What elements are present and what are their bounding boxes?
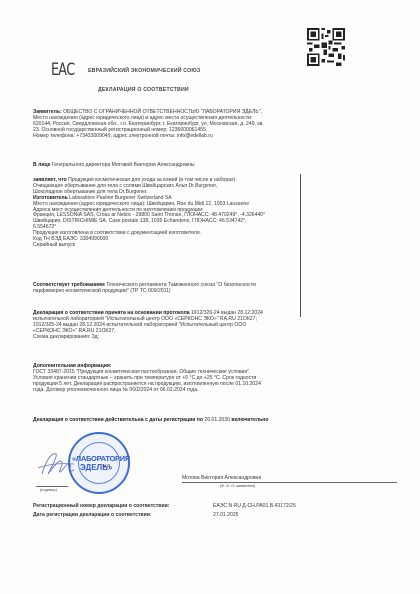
stamp-icon: «ЛАБОРАТОРИЯ ЭДЕЛЬ» bbox=[68, 432, 130, 494]
declares-line: Швейцария, DISTRICHIMIE SA, Case postale… bbox=[33, 219, 265, 225]
registration-number: ЕАЭС N RU Д-CH.PA01.B.43172/25 bbox=[213, 503, 296, 509]
fio-line bbox=[182, 482, 397, 483]
qr-code-icon bbox=[307, 28, 345, 66]
validity-label: Декларация о соответствии действительна … bbox=[33, 417, 203, 423]
basis-section: Декларация о соответствии принята на осн… bbox=[33, 311, 263, 341]
manufacturer-name: Laboratoire Pauline Burgener Switzerland… bbox=[69, 195, 172, 201]
applicant-section: Заявитель: ОБЩЕСТВО С ОГРАНИЧЕННОЙ ОТВЕТ… bbox=[33, 110, 264, 140]
validity-suffix: включительно bbox=[231, 417, 268, 423]
signature-line bbox=[36, 486, 68, 487]
union-name: ЕВРАЗИЙСКИЙ ЭКОНОМИЧЕСКИЙ СОЮЗ bbox=[88, 68, 200, 74]
declares-section: заявляет, что Продукция косметическая дл… bbox=[33, 178, 265, 249]
declares-line: Серийный выпуск bbox=[33, 243, 265, 249]
manufacturer-label: Изготовитель bbox=[33, 195, 68, 201]
signature-caption: (подпись) bbox=[40, 488, 57, 492]
represented-label: В лице bbox=[33, 162, 50, 168]
basis-line: Схема декларирования: 3д; bbox=[33, 335, 263, 341]
conformity-section: Соответствует требованиям Технического р… bbox=[33, 283, 256, 295]
represented-text: Генерального директора Мотовой Виктории … bbox=[52, 162, 195, 168]
mp-label: М.П. bbox=[103, 464, 111, 468]
additional-info-section: Дополнительная информация: ГОСТ 33487-20… bbox=[33, 364, 261, 394]
fio-caption: (Ф. И. О. заявителя) bbox=[220, 484, 255, 488]
vertical-divider bbox=[300, 174, 301, 317]
validity-date: 26.01.2030 bbox=[204, 417, 230, 423]
applicant-fio: Мотова Виктория Александровна bbox=[182, 475, 261, 481]
registration-date-label: Дата регистрации декларации о соответств… bbox=[33, 512, 152, 518]
conformity-line: парфюмерно-косметической продукции" (ТР … bbox=[33, 289, 256, 295]
validity-section: Декларация о соответствии действительна … bbox=[33, 418, 268, 424]
eac-emblem: ЕАС bbox=[51, 60, 74, 80]
document-title: ДЕКЛАРАЦИЯ О СООТВЕТСТВИИ bbox=[98, 87, 189, 93]
represented-by: В лице Генерального директора Мотовой Ви… bbox=[33, 163, 195, 169]
applicant-line: Номер телефона: +73433009049, адрес элек… bbox=[33, 134, 264, 140]
additional-line: года. Договор уполномоченного лица № 060… bbox=[33, 388, 261, 394]
stamp-text: «ЛАБОРАТОРИЯ bbox=[72, 454, 130, 463]
registration-date: 27.01.2025 bbox=[213, 512, 239, 518]
registration-number-label: Регистрационный номер декларации о соотв… bbox=[33, 503, 169, 509]
